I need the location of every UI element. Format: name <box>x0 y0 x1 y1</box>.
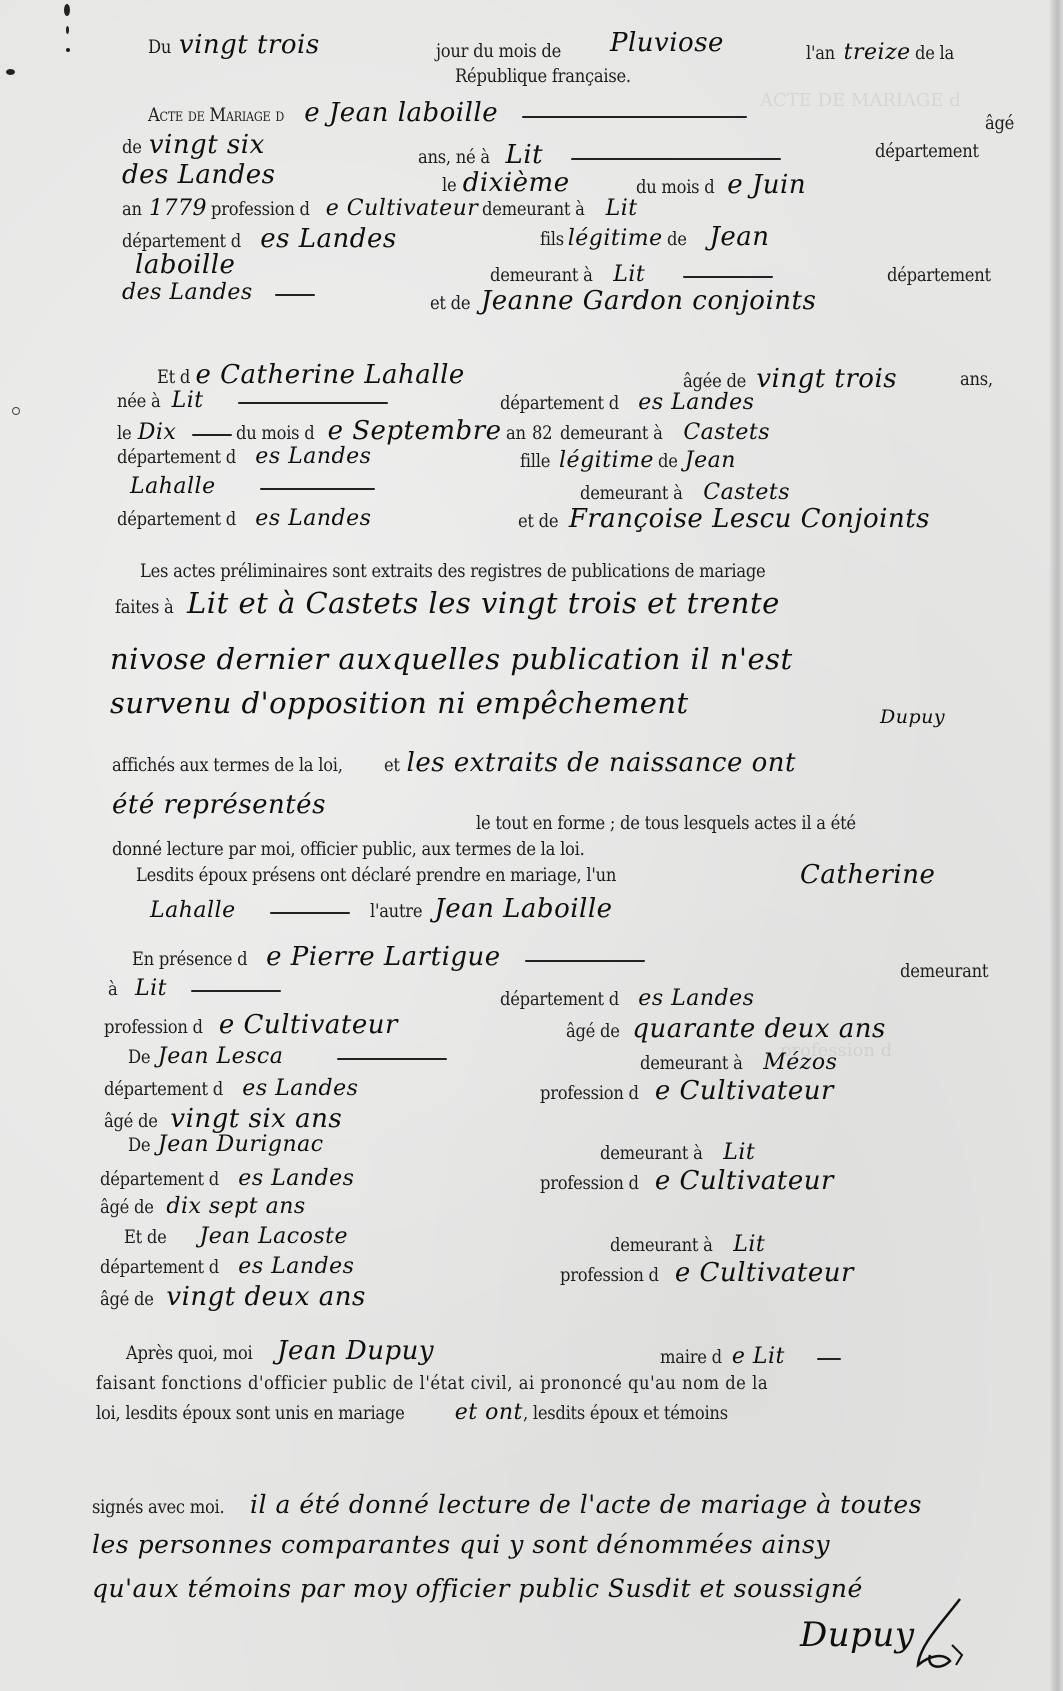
jour-label: jour du mois de <box>436 40 561 62</box>
fill-line <box>817 1358 841 1360</box>
groom-father-name: Jean <box>710 222 770 252</box>
witness-3-residence-line: demeurant à Lit <box>600 1140 755 1165</box>
bride-dept: es Landes <box>638 390 754 415</box>
ink-mark <box>64 4 70 16</box>
fils-line: filslégitime de Jean <box>540 222 770 252</box>
de-la-label: de la <box>915 42 954 64</box>
dept-label: département d <box>117 508 236 530</box>
mayor-name: Jean Dupuy <box>277 1336 434 1366</box>
groom-birthplace: Lit <box>506 140 544 170</box>
age-label: âgée de <box>683 370 746 392</box>
publications-line-2: faites à Lit et à Castets les vingt troi… <box>115 586 780 620</box>
bride-father-residence: Castets <box>703 480 790 505</box>
publications-line-5: affichés aux termes de la loi, et les ex… <box>112 748 796 778</box>
profession-label: profession d <box>211 198 310 220</box>
publications-no-opposition: survenu d'opposition ni empêchement <box>110 686 689 720</box>
witness-3-profession-line: profession de Cultivateur <box>540 1166 834 1196</box>
groom-filiation: légitime <box>568 226 663 251</box>
fill-line <box>525 960 645 962</box>
witness-1-line-1: En présence de Pierre Lartigue <box>132 942 645 972</box>
residence-label: demeurant <box>900 960 988 982</box>
dept-label: département d <box>500 392 619 414</box>
groom-dept-2: es Landes <box>260 224 396 254</box>
publications-dates: nivose dernier auxquelles publication il… <box>110 642 793 676</box>
bride-dept-2: es Landes <box>255 444 371 469</box>
residence-label: demeurant à <box>560 422 663 444</box>
groom-line-1: Acte de Mariage d e Jean laboille <box>148 98 747 128</box>
residence-label: demeurant à <box>580 482 683 504</box>
apres-label: Après quoi, moi <box>126 1342 252 1364</box>
day-value: vingt trois <box>179 30 320 60</box>
bride-mother: Françoise Lescu Conjoints <box>569 504 930 534</box>
temoins-note: qu'aux témoins par moy officier public S… <box>92 1574 863 1603</box>
tout-line: le tout en forme ; de tous lesquels acte… <box>476 812 918 834</box>
groom-birth-year: 1779 <box>149 196 207 221</box>
fill-line <box>571 158 781 160</box>
witness-1-line-2: à Lit <box>108 976 281 1001</box>
groom-mother: Jeanne Gardon conjoints <box>481 286 816 316</box>
et-ont-handwritten: et ont <box>455 1400 523 1425</box>
age-label: âgé de <box>104 1110 158 1132</box>
month-label: du mois d <box>236 422 314 444</box>
fill-line <box>238 402 388 404</box>
dept-label: département d <box>100 1256 219 1278</box>
born-label: née à <box>117 390 161 412</box>
acte-label: Acte de Mariage d <box>148 104 284 126</box>
witness-3-age: dix sept ans <box>166 1194 305 1219</box>
bride-filiation: légitime <box>559 448 654 473</box>
age-label-wrap: âgé <box>985 112 1019 134</box>
witness-3-profession: e Cultivateur <box>655 1166 834 1196</box>
witness-1-dept: es Landes <box>638 986 754 1011</box>
witness-2-age: vingt six ans <box>170 1104 342 1134</box>
publications-line-6: été représentés <box>112 790 326 820</box>
age-label: âgé de <box>100 1288 154 1310</box>
year-line: l'an treize de la <box>806 40 960 65</box>
groom-residence: Lit <box>606 196 638 221</box>
ink-mark <box>66 26 69 34</box>
witness-3-dept: es Landes <box>238 1166 354 1191</box>
witness-4-dept: es Landes <box>238 1254 354 1279</box>
age-label: âgé de <box>566 1020 620 1042</box>
et-de-label: Et de <box>124 1226 167 1248</box>
fill-line <box>191 990 281 992</box>
groom-birth-month: e Juin <box>727 170 806 200</box>
witness-2-name: Jean Lesca <box>158 1044 283 1069</box>
du-label: Du <box>148 36 171 58</box>
fill-line <box>275 294 315 296</box>
groom-age: vingt six <box>149 130 265 160</box>
tout-label: le tout en forme ; de tous lesquels acte… <box>476 812 856 834</box>
temoins-text: , lesdits époux et témoins <box>523 1402 728 1424</box>
le-label: le <box>117 422 131 444</box>
de-label: de <box>667 228 687 250</box>
residence-label: demeurant à <box>640 1052 743 1074</box>
fils-label: fils <box>540 228 564 250</box>
bride-father-residence-line: demeurant à Castets <box>580 480 790 505</box>
represented: été représentés <box>112 790 326 820</box>
bride-mother-line: et de Françoise Lescu Conjoints <box>518 504 930 534</box>
publications-places: Lit et à Castets les vingt trois et tren… <box>187 586 780 620</box>
fill-line <box>337 1058 447 1060</box>
groom-name: e Jean laboille <box>304 98 498 128</box>
commune: e Lit <box>732 1344 785 1369</box>
witness-2-residence: Mézos <box>763 1050 837 1075</box>
bride-birth-month: e Septembre <box>328 416 502 446</box>
autre-label: l'autre <box>370 900 422 922</box>
dept-label: département <box>887 264 991 286</box>
profession-label: profession d <box>560 1264 659 1286</box>
born-label: ans, né à <box>418 146 490 168</box>
bride-line-4: département des Landes <box>117 444 371 469</box>
page-edge-shadow <box>1049 0 1063 1691</box>
age-label: âgé de <box>100 1196 154 1218</box>
maire-label: maire d <box>660 1346 722 1368</box>
witness-2-profession: e Cultivateur <box>655 1076 834 1106</box>
witness-3-line-2: département des Landes <box>100 1166 354 1191</box>
witness-4-profession-line: profession de Cultivateur <box>560 1258 854 1288</box>
dept-label: département d <box>104 1078 223 1100</box>
de-label: de <box>658 450 678 472</box>
conclusion-line-2: faisant fonctions d'officier public de l… <box>96 1372 878 1394</box>
conclusion-line-3: loi, lesdits époux sont unis en mariagee… <box>96 1400 761 1425</box>
witness-1-age-line: âgé de quarante deux ans <box>566 1014 886 1044</box>
signes-label: signés avec moi. <box>92 1496 224 1518</box>
witness-2-line-1: De Jean Lesca <box>128 1044 447 1069</box>
conclusion-line-1: Après quoi, moi Jean Dupuy <box>126 1336 434 1366</box>
unis-text: loi, lesdits époux sont unis en mariage <box>96 1402 405 1424</box>
bride-name: e Catherine Lahalle <box>196 360 465 390</box>
profession-label: profession d <box>540 1172 639 1194</box>
signature-wrap: Dupuy <box>800 1615 915 1655</box>
bride-dept-3: es Landes <box>255 506 371 531</box>
month-label: du mois d <box>636 176 714 198</box>
dept-label: département d <box>117 446 236 468</box>
fill-line <box>522 116 747 118</box>
faites-label: faites à <box>115 596 174 618</box>
groom-profession: e Cultivateur <box>326 196 479 221</box>
spouse1-wrap: Catherine <box>800 860 935 890</box>
de-label: De <box>128 1134 150 1156</box>
bride-residence: Castets <box>683 420 770 445</box>
profession-label: profession d <box>540 1082 639 1104</box>
dept-label-wrap: département <box>875 140 996 162</box>
fill-line <box>260 488 375 490</box>
mayor-signature: Dupuy <box>800 1615 915 1655</box>
groom-dept: des Landes <box>122 160 276 190</box>
republic-label: République française. <box>455 65 631 87</box>
residence-label: demeurant à <box>610 1234 713 1256</box>
profession-label: profession d <box>104 1016 203 1038</box>
month-value: Pluviose <box>610 28 724 58</box>
declaration-line-1: Lesdits époux présens ont déclaré prendr… <box>136 864 694 886</box>
et-label: et <box>384 754 400 776</box>
month-line: jour du mois de <box>436 40 581 62</box>
bride-line-3: le Dix du mois de Septembre an 82 demeur… <box>117 416 770 446</box>
ink-mark <box>12 407 20 415</box>
witness-3-line-3: âgé de dix sept ans <box>100 1194 306 1219</box>
header-line: Du vingt trois <box>148 30 320 60</box>
witness-3-name: Jean Durignac <box>158 1132 324 1157</box>
bleed-through: ACTE DE MARIAGE d <box>760 90 961 111</box>
groom-birth-day: dixième <box>463 168 570 198</box>
witness-4-residence-line: demeurant à Lit <box>610 1232 765 1257</box>
witness-1-dept-line: département des Landes <box>500 986 754 1011</box>
declaration-line-2: Lahalle l'autre Jean Laboille <box>150 894 613 924</box>
witness-4-line-1: Et de Jean Lacoste <box>124 1224 348 1249</box>
a-label: à <box>108 978 117 1000</box>
groom-line-7: des Landes <box>122 280 315 305</box>
publications-line-1: Les actes préliminaires sont extraits de… <box>140 560 867 582</box>
bride-birthplace: Lit <box>172 388 204 413</box>
bride-father-name: Jean <box>685 448 736 473</box>
conclusion-line-4: signés avec moi. il a été donné lecture … <box>92 1490 922 1519</box>
age-label: âgé <box>985 112 1014 134</box>
spouse-2: Jean Laboille <box>434 894 612 924</box>
residence-label: demeurant à <box>482 198 585 220</box>
witness-4-age: vingt deux ans <box>166 1282 365 1312</box>
witness-1-residence: Lit <box>135 976 167 1001</box>
dept-label: département d <box>122 230 241 252</box>
witness-1-age: quarante deux ans <box>632 1014 885 1044</box>
groom-line-3: des Landes <box>122 160 276 190</box>
lecture-line: donné lecture par moi, officier public, … <box>112 838 661 860</box>
year-value: treize <box>844 40 911 65</box>
ink-mark <box>66 48 70 52</box>
mother-line: et de Jeanne Gardon conjoints <box>430 286 816 316</box>
et-label: Et d <box>157 366 190 388</box>
bride-dept-line: département des Landes <box>500 390 754 415</box>
officier-text: faisant fonctions d'officier public de l… <box>96 1372 768 1394</box>
witness-1-profession: e Cultivateur <box>219 1010 398 1040</box>
margin-signature-wrap: Dupuy <box>880 706 945 728</box>
republic-line: République française. <box>455 65 659 87</box>
dept-label: département d <box>500 988 619 1010</box>
publications-text: Les actes préliminaires sont extraits de… <box>140 560 765 582</box>
bride-line-1: Et de Catherine Lahalle <box>157 360 465 390</box>
comparants-note: les personnes comparantes qui y sont dén… <box>92 1530 830 1559</box>
witness-4-line-3: âgé de vingt deux ans <box>100 1282 366 1312</box>
conclusion-line-6: qu'aux témoins par moy officier public S… <box>92 1574 863 1603</box>
fill-line <box>192 434 232 436</box>
witness-4-profession: e Cultivateur <box>675 1258 854 1288</box>
fill-line <box>270 912 350 914</box>
bride-birth-day: Dix <box>138 420 177 445</box>
register-page: ACTE DE MARIAGE d profession d Du vingt … <box>0 0 1063 1691</box>
witness-4-residence: Lit <box>733 1232 765 1257</box>
ink-mark <box>6 69 15 75</box>
publications-line-3: nivose dernier auxquelles publication il… <box>110 642 793 676</box>
bride-line-6: département des Landes <box>117 506 371 531</box>
spouse-1-surname: Lahalle <box>150 898 236 923</box>
groom-line-6: laboille <box>135 250 235 280</box>
birthdate-line: le dixième <box>442 168 570 198</box>
de-label: de <box>122 136 142 158</box>
publications-line-4: survenu d'opposition ni empêchement <box>110 686 689 720</box>
fill-line <box>683 276 773 278</box>
declaration-text: Lesdits époux présens ont déclaré prendr… <box>136 864 616 886</box>
groom-father-surname: laboille <box>135 250 235 280</box>
bride-line-5: Lahalle <box>130 474 375 499</box>
extraits-naissance: les extraits de naissance ont <box>407 748 796 778</box>
margin-signature: Dupuy <box>880 706 945 728</box>
an-label: an <box>506 422 526 444</box>
birth-month-line: du mois de Juin <box>636 170 806 200</box>
an-label: an <box>122 198 142 220</box>
witness-3-residence: Lit <box>723 1140 755 1165</box>
et-de-label: et de <box>430 292 470 314</box>
witness-2-residence-line: demeurant à Mézos <box>640 1050 837 1075</box>
witness-2-profession-line: profession de Cultivateur <box>540 1076 834 1106</box>
spouse-1: Catherine <box>800 860 935 890</box>
witness-2-line-2: département des Landes <box>104 1076 358 1101</box>
groom-dept-3: des Landes <box>122 280 253 305</box>
an-label: l'an <box>806 42 835 64</box>
dept-label: département <box>875 140 979 162</box>
bride-birth-year: 82 <box>532 422 552 444</box>
month-value-wrap: Pluviose <box>610 28 724 58</box>
witness-1-name: e Pierre Lartigue <box>266 942 501 972</box>
demeurant-wrap: demeurant <box>900 960 1003 982</box>
ans-label-wrap: ans, <box>960 368 998 390</box>
conclusion-line-5: les personnes comparantes qui y sont dén… <box>92 1530 830 1559</box>
groom-father-residence: Lit <box>613 262 645 287</box>
groom-line-2: de vingt six <box>122 130 265 160</box>
witness-3-line-1: De Jean Durignac <box>128 1132 324 1157</box>
born-line: ans, né à Lit <box>418 140 781 170</box>
residence-label: demeurant à <box>490 264 593 286</box>
bride-line-2: née à Lit <box>117 388 388 413</box>
maire-line: maire de Lit <box>660 1344 841 1369</box>
witness-4-name: Jean Lacoste <box>199 1224 348 1249</box>
dept-label-wrap: département <box>887 264 1008 286</box>
lecture-label: donné lecture par moi, officier public, … <box>112 838 585 860</box>
bride-age: vingt trois <box>756 364 897 394</box>
groom-line-4: an 1779 profession de Cultivateur demeur… <box>122 196 638 221</box>
residence-label: demeurant à <box>600 1142 703 1164</box>
fille-line: fille légitime de Jean <box>520 448 736 473</box>
witness-2-line-3: âgé de vingt six ans <box>104 1104 342 1134</box>
de-label: De <box>128 1046 150 1068</box>
bride-father-surname: Lahalle <box>130 474 216 499</box>
signature-flourish-icon <box>900 1595 990 1675</box>
presence-label: En présence d <box>132 948 247 970</box>
et-de-label: et de <box>518 510 558 532</box>
affiches-label: affichés aux termes de la loi, <box>112 754 343 776</box>
le-label: le <box>442 174 456 196</box>
dept-label: département d <box>100 1168 219 1190</box>
ans-label: ans, <box>960 368 993 390</box>
witness-4-line-2: département des Landes <box>100 1254 354 1279</box>
lecture-note: il a été donné lecture de l'acte de mari… <box>250 1490 922 1519</box>
witness-1-line-3: profession de Cultivateur <box>104 1010 398 1040</box>
witness-2-dept: es Landes <box>242 1076 358 1101</box>
father-residence-line: demeurant à Lit <box>490 262 773 287</box>
fille-label: fille <box>520 450 550 472</box>
